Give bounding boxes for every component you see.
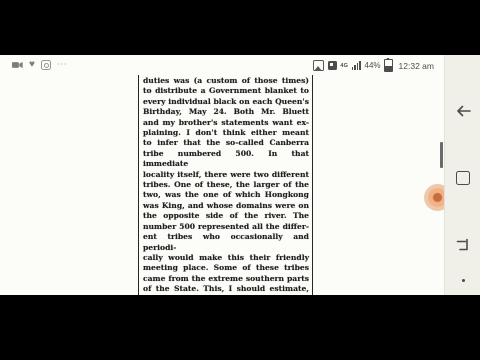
battery-percent: 44%	[365, 61, 381, 70]
recents-icon	[456, 238, 470, 252]
document-line: to distribute a Government blanket to	[143, 86, 309, 96]
document-line: locality itself, there were two differen…	[143, 170, 309, 180]
document-line: and my brother's statements want ex-	[143, 118, 309, 128]
document-line: two, was the one of which Hongkong	[143, 190, 309, 200]
document-line: cally would make this their friendly	[143, 253, 309, 263]
document-page[interactable]: duties was (a custom of those times)to d…	[138, 75, 313, 296]
back-button[interactable]	[445, 105, 480, 117]
home-icon	[456, 171, 470, 185]
battery-icon	[384, 59, 393, 72]
heart-icon[interactable]: ♥	[29, 60, 35, 70]
document-line: ent tribes who occasionally and periodi-	[143, 232, 309, 253]
phone-screen: ♥ ⋯ 4G 44% 12:32 am duties was (a custom…	[0, 55, 480, 295]
status-icons: 4G 44% 12:32 am	[313, 59, 434, 72]
back-icon	[456, 105, 471, 117]
document-line: of the State. This, I should estimate,	[143, 284, 309, 294]
letterbox-bottom	[0, 295, 480, 360]
video-camera-icon[interactable]	[12, 61, 23, 69]
recorder-overlay: ♥ ⋯	[12, 60, 68, 70]
document-line: the opposite side of the river. The	[143, 211, 309, 221]
document-line: came from the extreme southern parts	[143, 274, 309, 284]
home-button[interactable]	[445, 171, 480, 185]
document-line: tribe numbered 500. In that immediate	[143, 149, 309, 170]
video-frame: ♥ ⋯ 4G 44% 12:32 am duties was (a custom…	[0, 0, 480, 360]
document-line: duties was (a custom of those times)	[143, 76, 309, 86]
document-line: to infer that the so-called Canberra	[143, 138, 309, 148]
hide-nav-button[interactable]	[445, 279, 480, 282]
network-indicator: 4G	[340, 63, 348, 69]
document-line: plaining. I don't think either meant	[143, 128, 309, 138]
status-time: 12:32 am	[399, 61, 434, 71]
instagram-icon[interactable]	[41, 60, 51, 70]
document-line: Birthday, May 24. Both Mr. Bluett	[143, 107, 309, 117]
gallery-icon	[313, 60, 324, 71]
recents-button[interactable]	[445, 238, 480, 252]
status-bar: ♥ ⋯ 4G 44% 12:32 am	[0, 55, 444, 75]
scrollbar-thumb[interactable]	[440, 142, 443, 168]
document-line: tribes. One of these, the larger of the	[143, 180, 309, 190]
document-line: number 500 represented all the differ-	[143, 222, 309, 232]
letterbox-top	[0, 0, 480, 55]
more-dots-icon[interactable]: ⋯	[57, 61, 68, 69]
hide-nav-dot-icon	[462, 279, 465, 282]
document-line: was King, and whose domains were on	[143, 201, 309, 211]
navigation-bar	[444, 55, 480, 295]
screenshot-icon	[328, 61, 337, 70]
signal-icon	[352, 61, 361, 70]
document-line: every individual black on each Queen's	[143, 97, 309, 107]
document-line: meeting place. Some of these tribes	[143, 263, 309, 273]
